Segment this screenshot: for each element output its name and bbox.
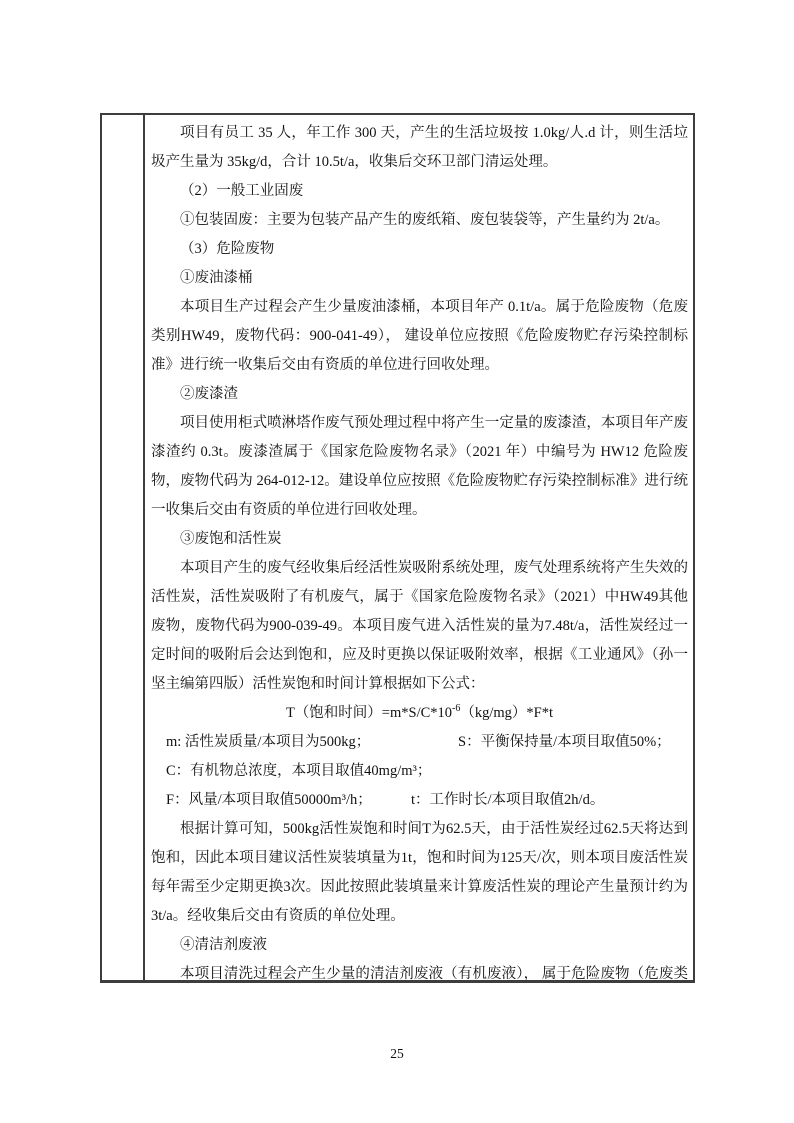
heading-cleaning-waste-liquid: ④清洁剂废液 bbox=[151, 931, 688, 960]
var-line-m-s: m: 活性炭质量/本项目为500kg；S：平衡保持量/本项目取值50%； bbox=[151, 728, 688, 757]
var-m: m: 活性炭质量/本项目为500kg； bbox=[166, 728, 458, 757]
formula-prefix: T（饱和时间）=m*S/C*10 bbox=[286, 705, 452, 721]
report-table: 项目有员工 35 人，年工作 300 天，产生的生活垃圾按 1.0kg/人.d … bbox=[100, 113, 695, 983]
heading-hazardous-waste: （3）危险废物 bbox=[151, 235, 688, 264]
heading-waste-paint-residue: ②废漆渣 bbox=[151, 380, 688, 409]
paragraph-spent-activated-carbon: 本项目产生的废气经收集后经活性炭吸附系统处理，废气处理系统将产生失效的活性炭，活… bbox=[151, 554, 688, 699]
table-stub-cell bbox=[102, 115, 145, 980]
table-content-cell: 项目有员工 35 人，年工作 300 天，产生的生活垃圾按 1.0kg/人.d … bbox=[145, 115, 693, 980]
var-line-c: C：有机物总浓度，本项目取值40mg/m³； bbox=[151, 757, 688, 786]
paragraph-carbon-calculation: 根据计算可知，500kg活性炭饱和时间T为62.5天，由于活性炭经过62.5天将… bbox=[151, 815, 688, 931]
heading-waste-paint-bucket: ①废油漆桶 bbox=[151, 264, 688, 293]
var-s: S：平衡保持量/本项目取值50%； bbox=[458, 734, 671, 750]
paragraph-packaging-waste: ①包装固废：主要为包装产品产生的废纸箱、废包装袋等，产生量约为 2t/a。 bbox=[151, 206, 688, 235]
formula-saturation-time: T（饱和时间）=m*S/C*10-6（kg/mg）*F*t bbox=[151, 699, 688, 728]
heading-general-solid-waste: （2）一般工业固废 bbox=[151, 177, 688, 206]
var-t: t：工作时长/本项目取值2h/d。 bbox=[411, 792, 604, 808]
var-f: F：风量/本项目取值50000m³/h； bbox=[166, 786, 411, 815]
page-sheet: 项目有员工 35 人，年工作 300 天，产生的生活垃圾按 1.0kg/人.d … bbox=[0, 0, 794, 1123]
formula-suffix: （kg/mg）*F*t bbox=[460, 705, 553, 721]
heading-spent-activated-carbon: ③废饱和活性炭 bbox=[151, 525, 688, 554]
paragraph-cleaning-waste-liquid: 本项目清洗过程会产生少量的清洁剂废液（有机废液）， 属于危险废物（危废类别HW4… bbox=[151, 960, 688, 980]
paragraph-domestic-waste: 项目有员工 35 人，年工作 300 天，产生的生活垃圾按 1.0kg/人.d … bbox=[151, 119, 688, 177]
paragraph-waste-paint-residue: 项目使用柜式喷淋塔作废气预处理过程中将产生一定量的废漆渣，本项目年产废漆渣约 0… bbox=[151, 409, 688, 525]
page-number: 25 bbox=[0, 1046, 794, 1062]
var-line-f-t: F：风量/本项目取值50000m³/h；t：工作时长/本项目取值2h/d。 bbox=[151, 786, 688, 815]
paragraph-waste-paint-bucket: 本项目生产过程会产生少量废油漆桶，本项目年产 0.1t/a。属于危险废物（危废类… bbox=[151, 293, 688, 380]
